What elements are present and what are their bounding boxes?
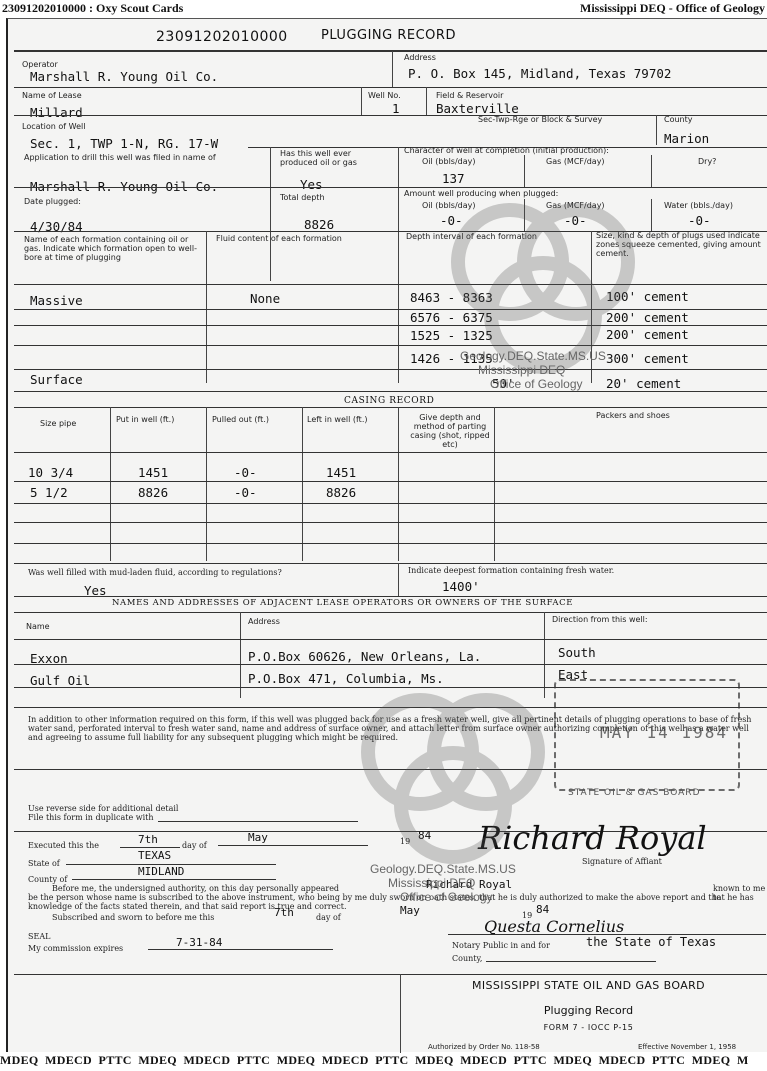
executed-day: 7th xyxy=(138,833,158,846)
watermark-text-1: Geology.DEQ.State.MS.US xyxy=(370,862,516,876)
produced-value: Yes xyxy=(300,177,323,192)
header-bar: 23091202010000 : Oxy Scout Cards Mississ… xyxy=(0,0,767,17)
casing-put-in: 8826 xyxy=(138,485,168,500)
adjacent-name: Gulf Oil xyxy=(30,673,90,688)
casing-put-in: 1451 xyxy=(138,465,168,480)
completion-oil-label: Oil (bbls/day) xyxy=(422,157,475,166)
divider xyxy=(14,974,767,975)
county-value: Marion xyxy=(664,131,709,146)
board-title: MISSISSIPPI STATE OIL AND GAS BOARD xyxy=(408,979,767,992)
total-depth-value: 8826 xyxy=(304,217,334,232)
well-no-label: Well No. xyxy=(368,91,401,100)
watermark-text-3: Office of Geology xyxy=(400,890,493,904)
completion-label: Character of well at completion (initial… xyxy=(404,146,609,155)
commission-value: 7-31-84 xyxy=(176,936,222,949)
fresh-water-value: 1400' xyxy=(442,579,480,594)
divider xyxy=(14,503,767,504)
divider xyxy=(651,199,652,231)
plugs-header: Size, kind & depth of plugs used indicat… xyxy=(596,231,766,258)
notary-label: Notary Public in and for xyxy=(452,941,550,950)
board-authorized: Authorized by Order No. 118-58 xyxy=(428,1043,540,1052)
divider xyxy=(270,147,271,281)
producing-label: Amount well producing when plugged: xyxy=(404,189,558,198)
adjacent-address-header: Address xyxy=(248,617,280,626)
field-value: Baxterville xyxy=(436,101,519,116)
formation-plug: 100' cement xyxy=(606,289,689,304)
form-title: PLUGGING RECORD xyxy=(321,28,456,43)
before-me-text: Before me, the undersigned authority, on… xyxy=(52,884,339,893)
casing-header-left-in: Left in well (ft.) xyxy=(307,415,367,424)
producing-oil-value: -0- xyxy=(440,213,463,228)
divider xyxy=(398,407,399,561)
total-depth-label: Total depth xyxy=(280,193,325,202)
divider xyxy=(544,612,545,698)
adjacent-address: P.O.Box 60626, New Orleans, La. xyxy=(248,649,481,664)
watermark-text-2: Mississippi DEQ xyxy=(388,876,475,890)
divider xyxy=(14,563,767,564)
underline xyxy=(218,845,368,846)
depth-interval-header: Depth interval of each formation xyxy=(406,232,537,241)
commission-label: My commission expires xyxy=(28,944,123,953)
completion-oil-value: 137 xyxy=(442,171,465,186)
divider xyxy=(14,543,767,544)
footer-agency-text: MDEQ MDECD PTTC MDEQ MDECD PTTC MDEQ MDE… xyxy=(0,1053,749,1067)
producing-gas-value: -0- xyxy=(564,213,587,228)
sec-twp-label: Sec-Twp-Rge or Block & Survey xyxy=(478,115,602,124)
divider xyxy=(110,407,111,561)
formation-name: Surface xyxy=(30,372,83,387)
county-label: County of xyxy=(28,875,67,884)
casing-header-packers: Packers and shoes xyxy=(596,411,670,420)
casing-left-in: 8826 xyxy=(326,485,356,500)
location-value: Sec. 1, TWP 1-N, RG. 17-W xyxy=(30,136,218,151)
underline xyxy=(72,879,276,880)
day-of-label: day of xyxy=(182,841,207,850)
underline xyxy=(148,949,333,950)
divider xyxy=(14,452,767,453)
formation-name: Massive xyxy=(30,293,83,308)
casing-header-parting: Give depth and method of parting casing … xyxy=(404,413,496,449)
address-label: Address xyxy=(404,53,436,62)
well-no-value: 1 xyxy=(392,101,400,116)
casing-pulled-out: -0- xyxy=(234,465,257,480)
divider xyxy=(14,115,767,116)
file-with-line xyxy=(158,821,358,822)
subscribed-month: May xyxy=(400,904,420,917)
divider xyxy=(14,391,767,392)
divider xyxy=(302,407,303,561)
formation-depth: 8463 - 8363 xyxy=(410,290,493,305)
producing-water-value: -0- xyxy=(688,213,711,228)
plugging-record-form: 23091202010000 PLUGGING RECORD Operator … xyxy=(6,18,767,1052)
file-duplicate-note: File this form in duplicate with xyxy=(28,813,154,822)
date-plugged-label: Date plugged: xyxy=(24,197,81,206)
casing-header-pulled-out: Pulled out (ft.) xyxy=(212,415,269,424)
address-value: P. O. Box 145, Midland, Texas 79702 xyxy=(408,66,671,81)
subscribed-day: 7th xyxy=(274,906,294,919)
operator-label: Operator xyxy=(22,60,58,69)
watermark-text-3: Office of Geology xyxy=(490,377,583,391)
divider xyxy=(14,87,767,88)
divider xyxy=(398,147,399,383)
divider xyxy=(14,345,767,346)
divider xyxy=(14,325,767,326)
executed-label: Executed this the xyxy=(28,841,99,850)
subscribed-year: 84 xyxy=(536,903,549,916)
formation-name-header: Name of each formation containing oil or… xyxy=(24,235,204,262)
divider xyxy=(651,155,652,187)
formation-plug: 200' cement xyxy=(606,327,689,342)
board-effective: Effective November 1, 1958 xyxy=(638,1043,736,1052)
divider xyxy=(14,639,767,640)
underline xyxy=(120,847,180,848)
state-label: State of xyxy=(28,859,60,868)
state-value: TEXAS xyxy=(138,849,171,862)
divider xyxy=(426,87,427,115)
formation-fluid: None xyxy=(250,291,280,306)
board-form-number: FORM 7 - IOCC P-15 xyxy=(408,1023,767,1032)
operator-value: Marshall R. Young Oil Co. xyxy=(30,69,218,84)
formation-plug: 200' cement xyxy=(606,310,689,325)
lease-value: Millard xyxy=(30,105,83,120)
produced-label: Has this well ever produced oil or gas xyxy=(280,149,390,167)
divider xyxy=(14,187,767,188)
divider xyxy=(14,369,767,370)
signature-label: Signature of Affiant xyxy=(582,857,662,866)
field-label: Field & Reservoir xyxy=(436,91,503,100)
county-label: County xyxy=(664,115,693,124)
year-prefix: 19 xyxy=(400,837,410,846)
formation-depth: 6576 - 6375 xyxy=(410,310,493,325)
seal-label: SEAL xyxy=(28,932,50,941)
location-label: Location of Well xyxy=(22,122,85,131)
casing-left-in: 1451 xyxy=(326,465,356,480)
divider xyxy=(14,284,767,285)
affiant-signature: Richard Royal xyxy=(478,819,707,857)
divider xyxy=(206,231,207,383)
divider xyxy=(400,974,401,1053)
footer-bar: MDEQ MDECD PTTC MDEQ MDECD PTTC MDEQ MDE… xyxy=(0,1053,767,1071)
executed-month: May xyxy=(248,831,268,844)
divider xyxy=(524,155,525,187)
divider xyxy=(494,407,495,561)
casing-size: 5 1/2 xyxy=(30,485,68,500)
subscribed-label: Subscribed and sworn to before me this xyxy=(52,913,214,922)
watermark-text-1: Geology.DEQ.State.MS.US xyxy=(460,349,606,363)
divider xyxy=(524,199,525,231)
casing-size: 10 3/4 xyxy=(28,465,73,480)
divider xyxy=(398,563,399,597)
stamp-date: MAY 14 1984 xyxy=(600,723,728,742)
divider xyxy=(14,596,767,597)
affidavit-body: be the person whose name is subscribed t… xyxy=(28,893,766,911)
divider xyxy=(14,481,767,482)
board-subtitle: Plugging Record xyxy=(408,1004,767,1017)
stamp-text: STATE OIL & GAS BOARD xyxy=(568,789,701,798)
casing-pulled-out: -0- xyxy=(234,485,257,500)
watermark-text-2: Mississippi DEQ xyxy=(478,363,565,377)
divider xyxy=(14,407,767,408)
adjacent-title: NAMES AND ADDRESSES OF ADJACENT LEASE OP… xyxy=(112,598,573,608)
divider xyxy=(14,612,767,613)
casing-header-put-in: Put in well (ft.) xyxy=(116,415,174,424)
lease-label: Name of Lease xyxy=(22,91,82,100)
mud-fluid-label: Was well filled with mud-laden fluid, ac… xyxy=(28,568,282,577)
county-value: MIDLAND xyxy=(138,865,184,878)
underline xyxy=(486,961,656,962)
divider xyxy=(361,87,362,115)
producing-oil-label: Oil (bbls/day) xyxy=(422,201,475,210)
divider xyxy=(14,522,767,523)
adjacent-address: P.O.Box 471, Columbia, Ms. xyxy=(248,671,444,686)
notary-county-label: County, xyxy=(452,954,482,963)
formation-depth: 1525 - 1325 xyxy=(410,328,493,343)
divider xyxy=(14,50,767,52)
agency-title: Mississippi DEQ - Office of Geology xyxy=(580,1,765,16)
completion-gas-label: Gas (MCF/day) xyxy=(546,157,605,166)
api-number: 23091202010000 xyxy=(156,29,288,45)
subscribed-day-of: day of xyxy=(316,913,341,922)
casing-record-title: CASING RECORD xyxy=(344,396,434,406)
producing-water-label: Water (bbls./day) xyxy=(664,201,733,210)
formation-plug: 300' cement xyxy=(606,351,689,366)
divider xyxy=(392,51,393,87)
divider xyxy=(240,612,241,698)
divider xyxy=(14,664,767,665)
divider xyxy=(206,407,207,561)
casing-header-size: Size pipe xyxy=(40,419,76,428)
completion-dry-label: Dry? xyxy=(698,157,716,166)
divider xyxy=(656,115,657,145)
adjacent-direction: South xyxy=(558,645,596,660)
adjacent-direction-header: Direction from this well: xyxy=(552,615,648,624)
adjacent-name-header: Name xyxy=(26,622,50,631)
formation-plug: 20' cement xyxy=(606,376,681,391)
reverse-side-note: Use reverse side for additional detail xyxy=(28,804,179,813)
document-id-title: 23091202010000 : Oxy Scout Cards xyxy=(2,1,183,16)
application-label: Application to drill this well was filed… xyxy=(24,153,254,162)
notary-value: the State of Texas xyxy=(586,935,716,949)
fresh-water-label: Indicate deepest formation containing fr… xyxy=(408,566,614,575)
received-stamp: MAY 14 1984 xyxy=(554,679,740,791)
executed-year: 84 xyxy=(418,829,431,842)
producing-gas-label: Gas (MCF/day) xyxy=(546,201,605,210)
fluid-content-header: Fluid content of each formation xyxy=(216,234,342,243)
